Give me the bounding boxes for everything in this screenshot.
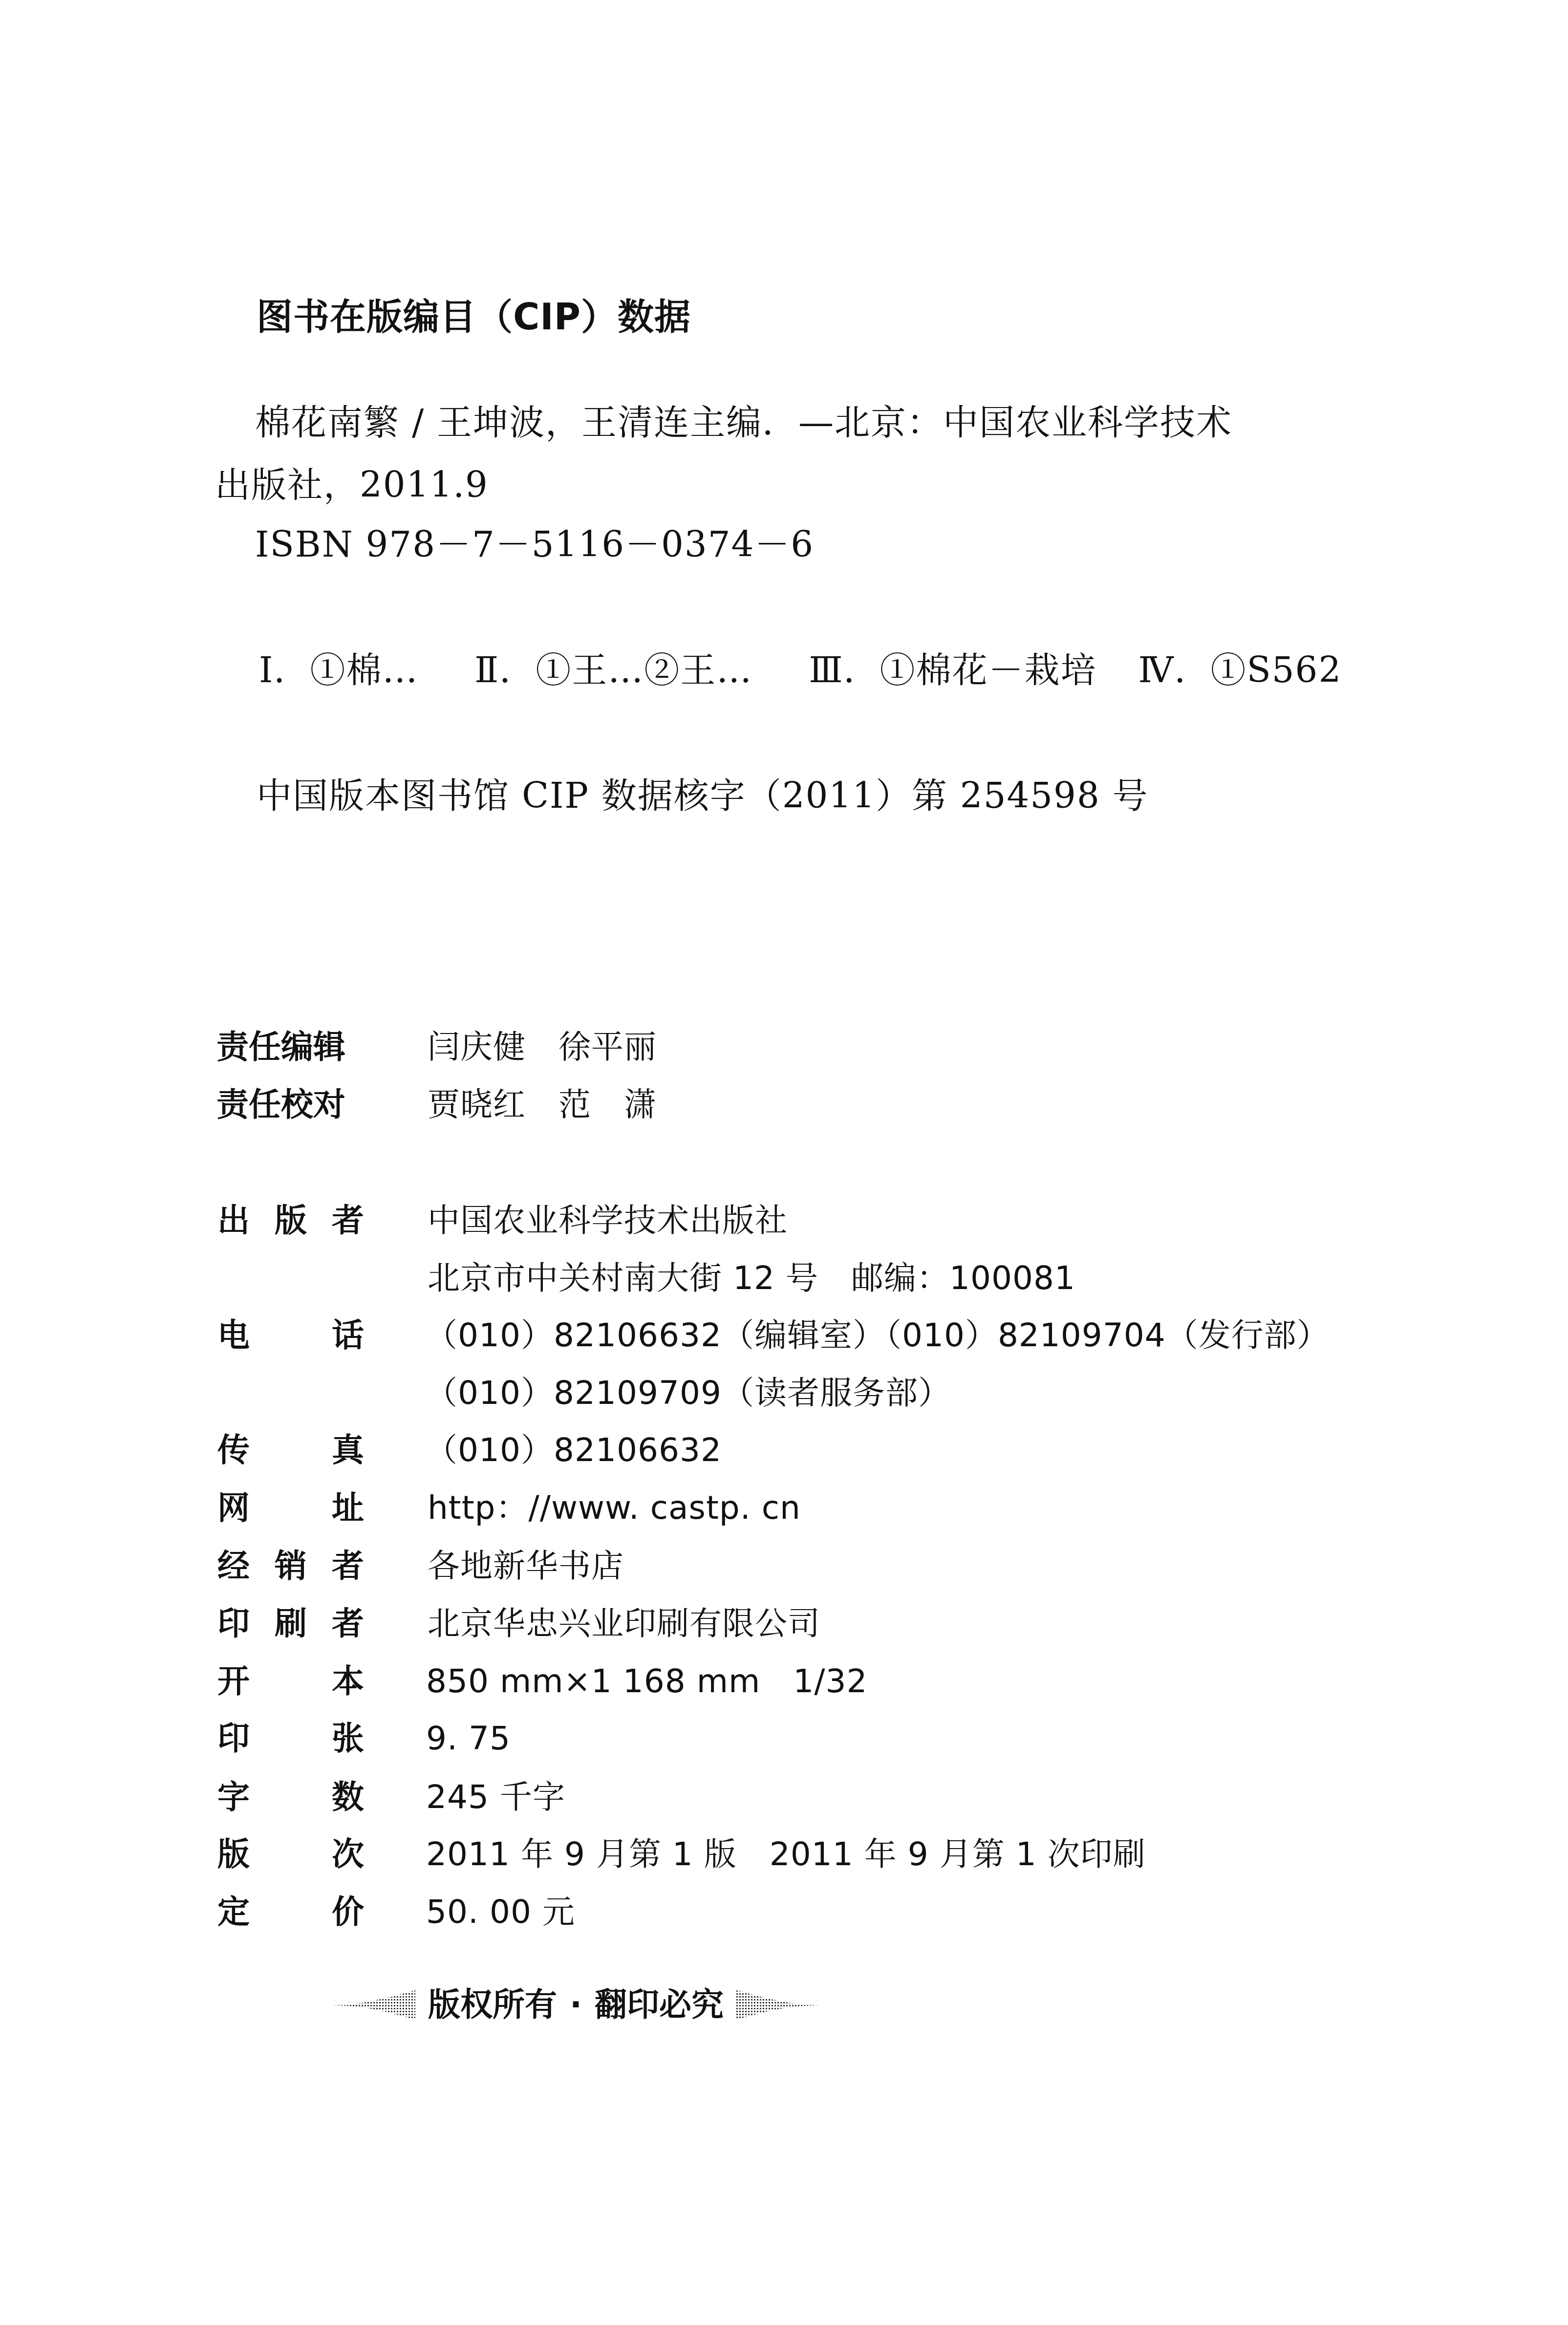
label-char: 话 — [332, 1319, 364, 1352]
classification-1: Ⅰ．①棉… — [259, 649, 418, 690]
detail-label-printer: 印 刷 者 — [217, 1608, 364, 1640]
label-char: 本 — [332, 1665, 364, 1698]
label-char: 定 — [217, 1896, 250, 1928]
label-char: 者 — [332, 1608, 364, 1640]
detail-value-website[interactable]: http：//www. castp. cn — [428, 1492, 801, 1524]
staff-label-proofreader: 责任校对 — [216, 1089, 345, 1121]
detail-label-fax: 传 真 — [217, 1434, 364, 1466]
classification-3: Ⅲ．①棉花－栽培 — [809, 649, 1096, 690]
detail-label-distributor: 经 销 者 — [217, 1550, 364, 1582]
detail-value-address: 北京市中关村南大街 12 号 邮编：100081 — [428, 1262, 1075, 1294]
detail-value-edition: 2011 年 9 月第 1 版 2011 年 9 月第 1 次印刷 — [426, 1838, 1146, 1871]
copyright-left-text: 版权所有 — [428, 1989, 557, 2021]
cip-record-line1: 棉花南繁 / 王坤波，王清连主编．—北京：中国农业科学技术 — [255, 405, 1232, 440]
label-char: 版 — [275, 1205, 307, 1237]
detail-label-word-count: 字 数 — [217, 1781, 364, 1813]
detail-value-fax: （010）82106632 — [425, 1434, 722, 1466]
label-char: 经 — [217, 1550, 250, 1582]
label-char: 电 — [217, 1319, 250, 1352]
copyright-separator: · — [570, 1989, 582, 2021]
classification-4: Ⅳ．①S562 — [1138, 649, 1342, 690]
label-char: 张 — [332, 1722, 364, 1755]
detail-label-price: 定 价 — [217, 1896, 364, 1928]
label-char: 销 — [275, 1550, 307, 1582]
label-char: 印 — [217, 1722, 250, 1755]
label-char: 传 — [217, 1434, 250, 1466]
detail-value-format: 850 mm×1 168 mm 1/32 — [426, 1665, 868, 1698]
label-char: 次 — [332, 1838, 364, 1871]
label-char: 版 — [217, 1838, 250, 1871]
cip-title: 图书在版编目（CIP）数据 — [257, 299, 691, 335]
detail-value-publisher: 中国农业科学技术出版社 — [428, 1205, 788, 1237]
label-char: 出 — [217, 1205, 250, 1237]
copyright-notice: 版权所有 · 翻印必究 — [332, 1989, 819, 2021]
label-char: 价 — [332, 1896, 364, 1928]
detail-label-phone: 电 话 — [217, 1319, 364, 1352]
label-char: 印 — [217, 1608, 250, 1640]
cip-approval-number: 中国版本图书馆 CIP 数据核字（2011）第 254598 号 — [257, 778, 1149, 813]
staff-value-editor: 闫庆健 徐平丽 — [428, 1031, 657, 1063]
label-char: 开 — [217, 1665, 250, 1698]
detail-value-price: 50. 00 元 — [426, 1896, 575, 1928]
detail-value-phone-reader-service: （010）82109709（读者服务部） — [425, 1377, 951, 1409]
cip-classification: Ⅰ．①棉… Ⅱ．①王…②王… Ⅲ．①棉花－栽培 Ⅳ．①S562 — [259, 652, 1342, 688]
ornament-left-icon — [332, 1990, 415, 2020]
detail-value-word-count: 245 千字 — [426, 1781, 565, 1813]
copyright-right-text: 翻印必究 — [595, 1989, 724, 2021]
staff-value-proofreader: 贾晓红 范 潇 — [428, 1089, 657, 1121]
label-char: 网 — [217, 1492, 250, 1524]
detail-value-phone: （010）82106632（编辑室）（010）82109704（发行部） — [425, 1319, 1330, 1352]
label-char: 者 — [332, 1205, 364, 1237]
detail-value-printer: 北京华忠兴业印刷有限公司 — [428, 1608, 820, 1640]
detail-label-sheets: 印 张 — [217, 1722, 364, 1755]
classification-2: Ⅱ．①王…②王… — [474, 649, 752, 690]
detail-label-format: 开 本 — [217, 1665, 364, 1698]
label-char: 真 — [332, 1434, 364, 1466]
cip-isbn: ISBN 978－7－5116－0374－6 — [255, 527, 814, 562]
detail-value-distributor: 各地新华书店 — [428, 1550, 624, 1582]
detail-value-sheets: 9. 75 — [426, 1722, 511, 1755]
label-char: 字 — [217, 1781, 250, 1813]
label-char: 址 — [332, 1492, 364, 1524]
ornament-right-icon — [736, 1990, 819, 2020]
detail-label-edition: 版 次 — [217, 1838, 364, 1871]
detail-label-publisher: 出 版 者 — [217, 1205, 364, 1237]
label-char: 数 — [332, 1781, 364, 1813]
label-char: 刷 — [275, 1608, 307, 1640]
detail-label-website: 网 址 — [217, 1492, 364, 1524]
cip-record-line2: 出版社，2011.9 — [215, 467, 489, 502]
staff-label-editor: 责任编辑 — [216, 1031, 345, 1063]
label-char: 者 — [332, 1550, 364, 1582]
